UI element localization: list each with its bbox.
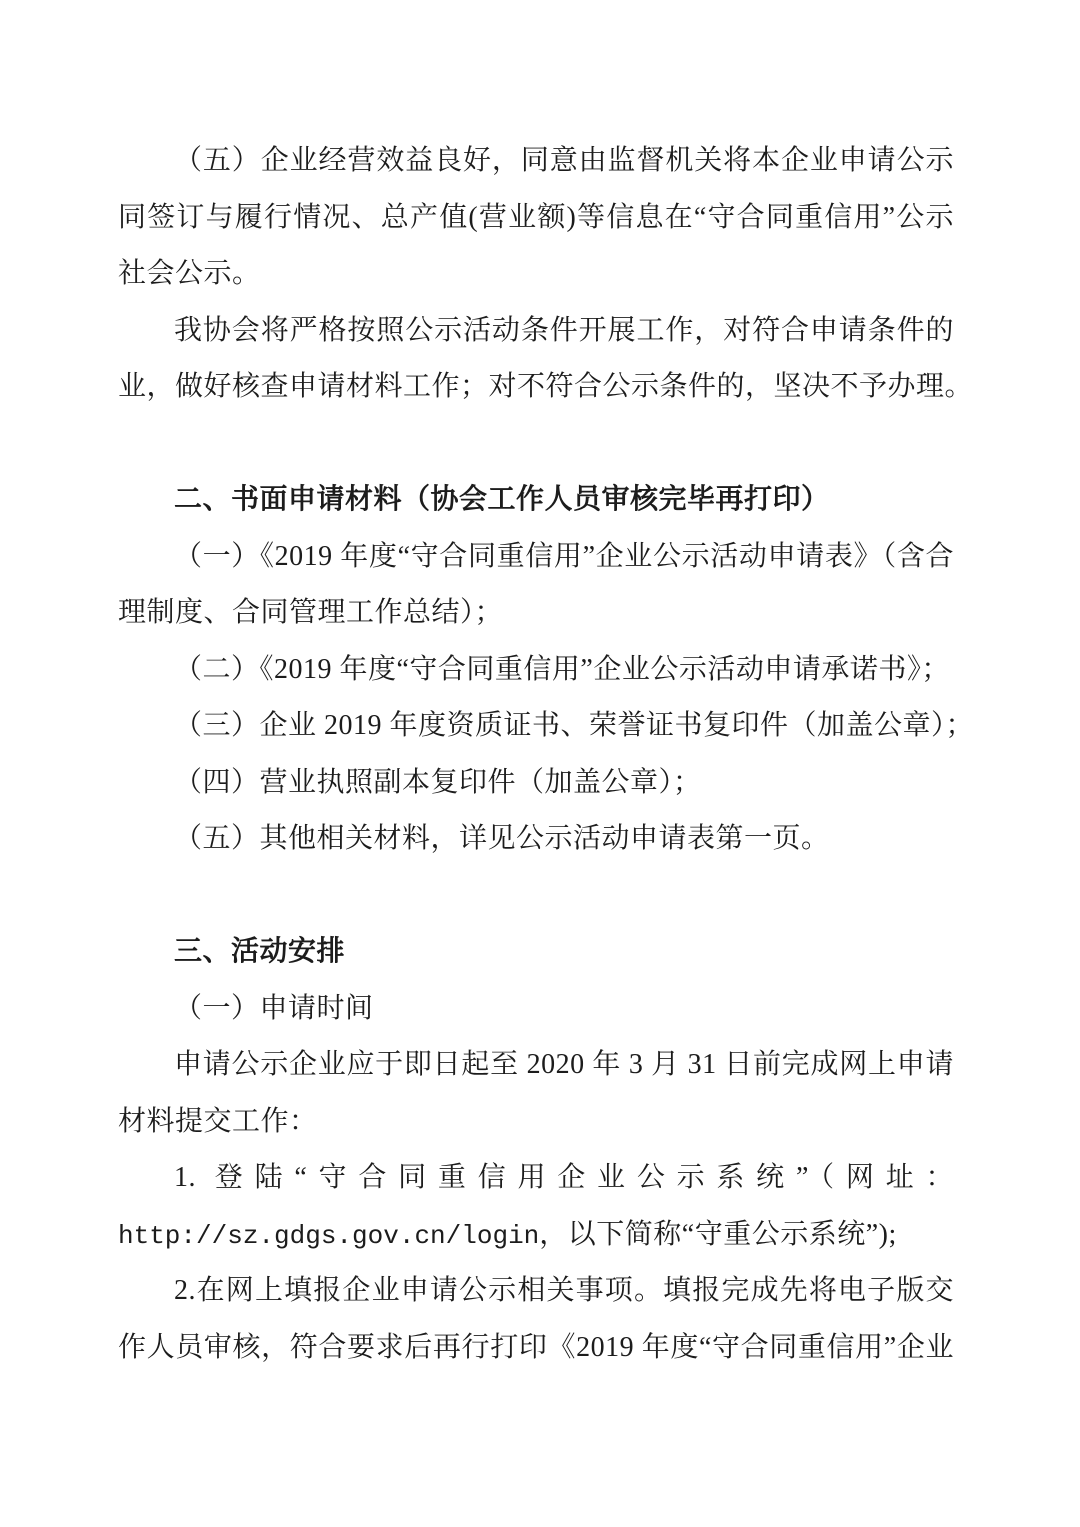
- document-body: （五）企业经营效益良好，同意由监督机关将本企业申请公示年度的合同签订与履行情况、…: [118, 133, 954, 1376]
- text-line: 申请公示企业应于即日起至 2020 年 3 月 31 日前完成网上申请和书面: [118, 1037, 954, 1094]
- paragraph: （二）《2019 年度“守合同重信用”企业公示活动申请承诺书》；: [118, 642, 954, 699]
- paragraph: （三）企业 2019 年度资质证书、荣誉证书复印件（加盖公章）；: [118, 698, 954, 755]
- text-line: 同签订与履行情况、总产值(营业额)等信息在“守合同重信用”公示系统向: [118, 190, 954, 247]
- text-line: （五）其他相关材料，详见公示活动申请表第一页。: [118, 811, 954, 868]
- text-line: http://sz.gdgs.gov.cn/login，以下简称“守重公示系统”…: [118, 1207, 954, 1264]
- text-line: （五）企业经营效益良好，同意由监督机关将本企业申请公示年度的合: [118, 133, 954, 190]
- text-line: （一）《2019 年度“守合同重信用”企业公示活动申请表》（含合同管: [118, 529, 954, 586]
- blank-line: [118, 868, 954, 925]
- paragraph: （四）营业执照副本复印件（加盖公章）；: [118, 755, 954, 812]
- text-line: （一）申请时间: [118, 981, 954, 1038]
- text-line: 业，做好核查申请材料工作；对不符合公示条件的，坚决不予办理。: [118, 359, 954, 416]
- text-line: 社会公示。: [118, 246, 954, 303]
- text-line: 三、活动安排: [118, 924, 954, 981]
- section-heading: 二、书面申请材料（协会工作人员审核完毕再打印）: [118, 472, 954, 529]
- paragraph: （一）申请时间: [118, 981, 954, 1038]
- text-line: （三）企业 2019 年度资质证书、荣誉证书复印件（加盖公章）；: [118, 698, 954, 755]
- paragraph: （五）其他相关材料，详见公示活动申请表第一页。: [118, 811, 954, 868]
- paragraph: 1. 登陆“守合同重信用企业公示系统”（网址：http://sz.gdgs.go…: [118, 1150, 954, 1263]
- blank-line: [118, 416, 954, 473]
- url-text: http://sz.gdgs.gov.cn/login: [118, 1221, 539, 1251]
- text-line: 作人员审核，符合要求后再行打印《2019 年度“守合同重信用”企业公示: [118, 1320, 954, 1377]
- text-line: 2.在网上填报企业申请公示相关事项。填报完成先将电子版交协会工: [118, 1263, 954, 1320]
- text-line: （四）营业执照副本复印件（加盖公章）；: [118, 755, 954, 812]
- text-line: （二）《2019 年度“守合同重信用”企业公示活动申请承诺书》；: [118, 642, 954, 699]
- paragraph: 我协会将严格按照公示活动条件开展工作，对符合申请条件的会员企业，做好核查申请材料…: [118, 303, 954, 416]
- paragraph: （五）企业经营效益良好，同意由监督机关将本企业申请公示年度的合同签订与履行情况、…: [118, 133, 954, 303]
- text-line: 二、书面申请材料（协会工作人员审核完毕再打印）: [118, 472, 954, 529]
- text-segment: ，以下简称“守重公示系统”);: [539, 1219, 896, 1250]
- text-line: 1. 登陆“守合同重信用企业公示系统”（网址：: [118, 1150, 954, 1207]
- text-line: 我协会将严格按照公示活动条件开展工作，对符合申请条件的会员企: [118, 303, 954, 360]
- paragraph: 申请公示企业应于即日起至 2020 年 3 月 31 日前完成网上申请和书面材料…: [118, 1037, 954, 1150]
- text-line: 理制度、合同管理工作总结）；: [118, 585, 954, 642]
- section-heading: 三、活动安排: [118, 924, 954, 981]
- paragraph: 2.在网上填报企业申请公示相关事项。填报完成先将电子版交协会工作人员审核，符合要…: [118, 1263, 954, 1376]
- paragraph: （一）《2019 年度“守合同重信用”企业公示活动申请表》（含合同管理制度、合同…: [118, 529, 954, 642]
- document-page: （五）企业经营效益良好，同意由监督机关将本企业申请公示年度的合同签订与履行情况、…: [0, 0, 1080, 1527]
- text-line: 材料提交工作：: [118, 1094, 954, 1151]
